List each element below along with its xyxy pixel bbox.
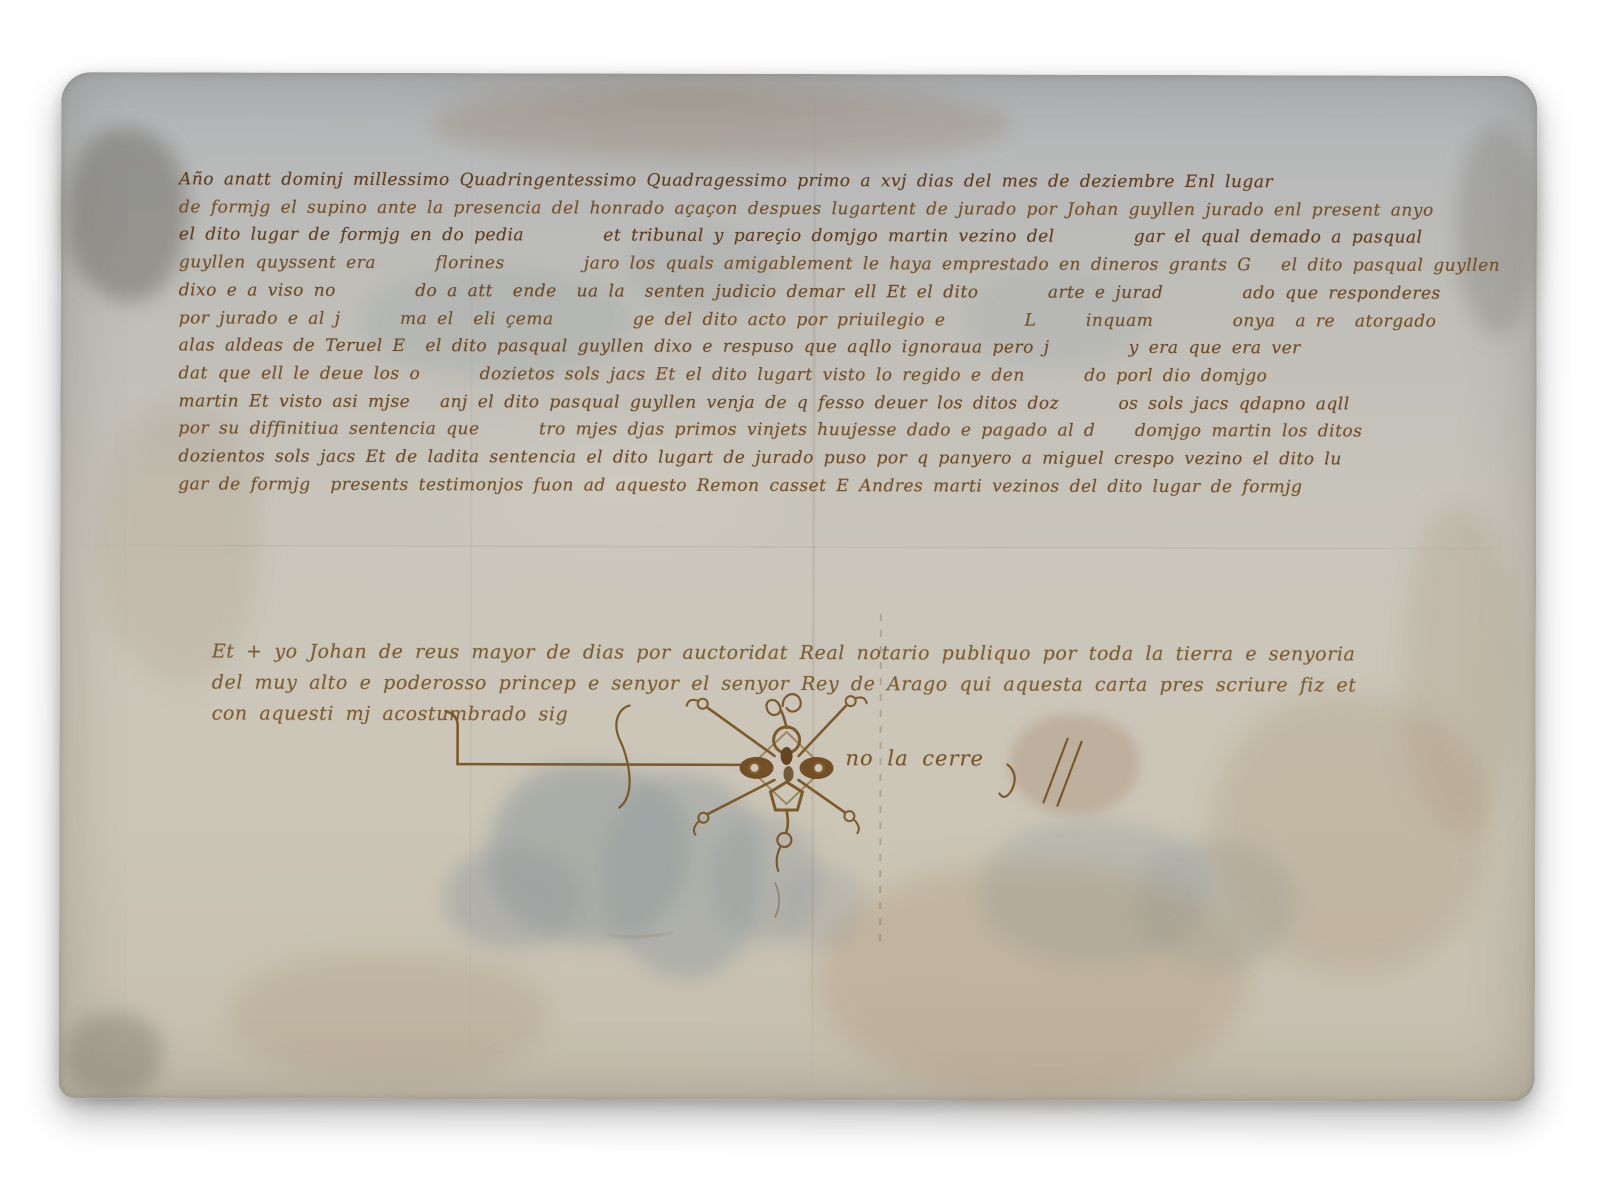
fold-crease-horizontal: [60, 544, 1536, 550]
manuscript-line: dozientos sols jacs Et de ladita sentenc…: [178, 443, 1468, 474]
signum-closing-text: no la cerre: [846, 746, 985, 770]
foxing-stain-brown: [431, 88, 1011, 165]
manuscript-line: Año anatt dominj millessimo Quadringente…: [179, 166, 1469, 197]
foxing-stain-brown: [229, 953, 549, 1084]
manuscript-line: guyllen quyssent era florines jaro los q…: [179, 249, 1469, 280]
act-text-block: Año anatt dominj millessimo Quadringente…: [178, 166, 1469, 502]
manuscript-photo: Año anatt dominj millessimo Quadringente…: [0, 0, 1600, 1200]
manuscript-line: dixo e a viso no do a att ende ua la sen…: [179, 277, 1469, 308]
notary-line: Et + yo Johan de reus mayor de dias por …: [212, 636, 1362, 670]
parchment-sheet: Año anatt dominj millessimo Quadringente…: [59, 72, 1538, 1102]
corner-smudge: [67, 1012, 162, 1097]
manuscript-line: gar de formjg presents testimonjos fuon …: [178, 471, 1468, 502]
manuscript-line: por su diffinitiua sentencia que tro mje…: [178, 416, 1468, 447]
manuscript-line: por jurado e al j ma el eli çema ge del …: [179, 305, 1469, 336]
manuscript-line: de formjg el supino ante la presencia de…: [179, 194, 1469, 225]
manuscript-line: alas aldeas de Teruel E el dito pasqual …: [179, 333, 1469, 364]
notarial-signum-icon: [403, 667, 1104, 959]
manuscript-line: el dito lugar de formjg en do pedia et t…: [179, 222, 1469, 253]
manuscript-line: dat que ell le deue los o dozietos sols …: [179, 360, 1469, 391]
corner-smudge: [67, 127, 187, 302]
foxing-stain-brown: [1404, 506, 1515, 836]
manuscript-line: martin Et visto asi mjse anj el dito pas…: [178, 388, 1468, 419]
